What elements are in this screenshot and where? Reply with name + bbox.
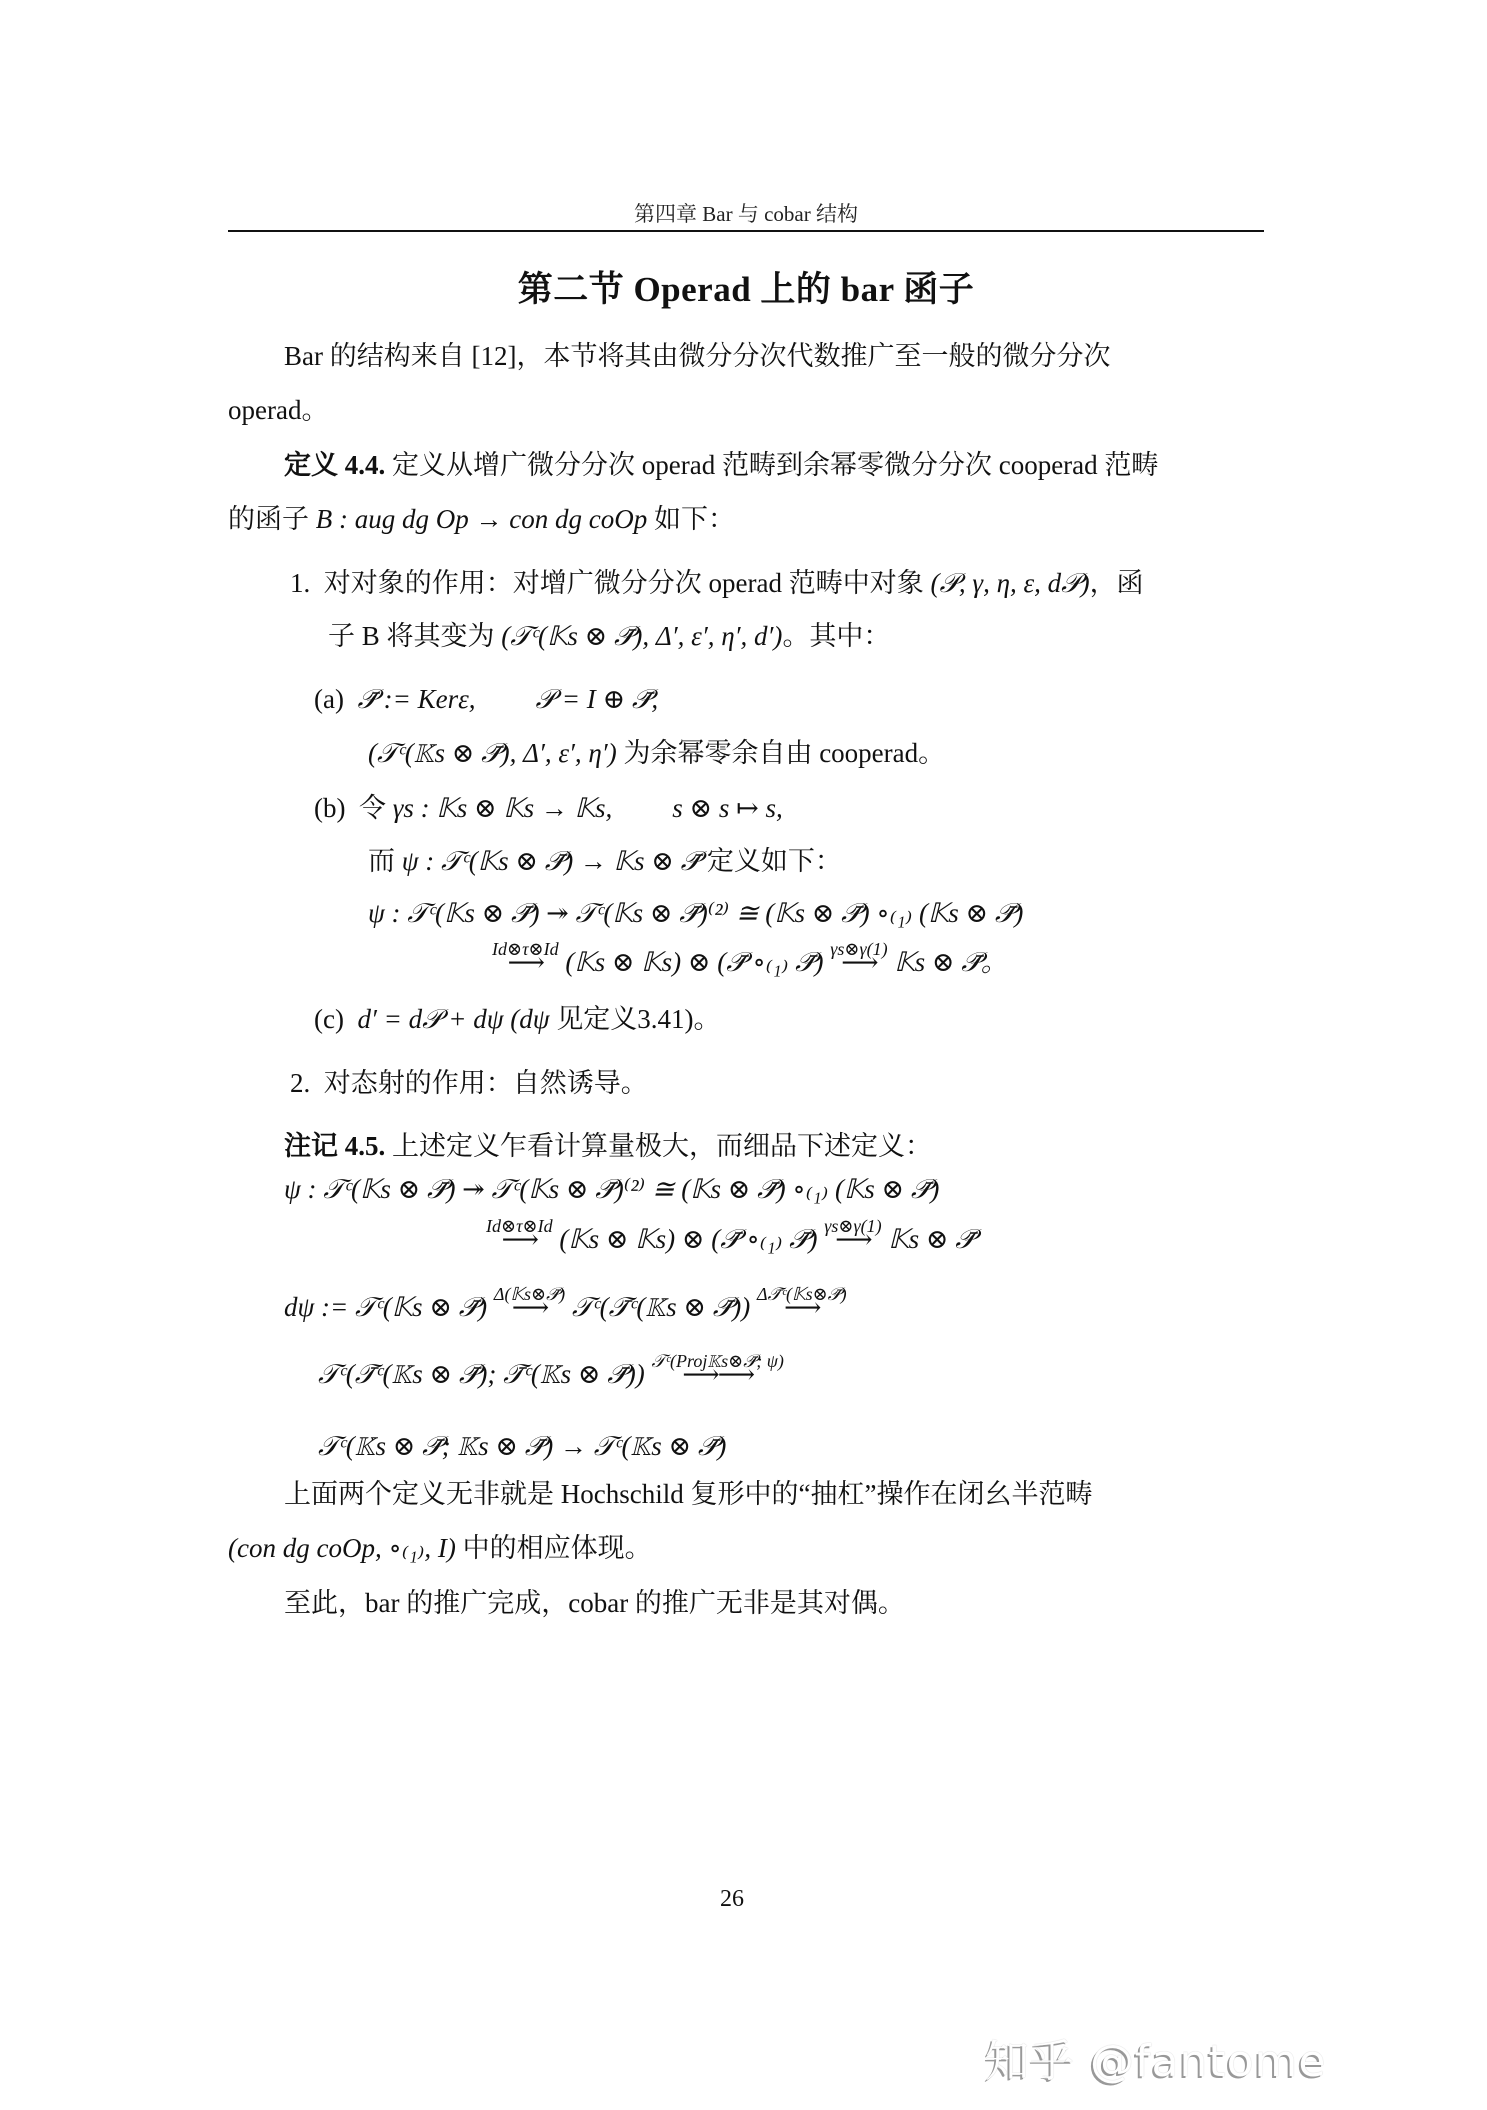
remark-dpsi-line-1: dψ := 𝒯ᶜ(𝕂s ⊗ 𝒫̄) Δ(𝕂s⊗𝒫̄)⟶ 𝒯ᶜ(𝒯̄ᶜ(𝕂s ⊗ …	[284, 1285, 847, 1323]
remark-line-1: 注记 4.5. 上述定义乍看计算量极大，而细品下述定义：	[284, 1130, 932, 1162]
document-page: 第四章 Bar 与 cobar 结构 第二节 Operad 上的 bar 函子 …	[0, 0, 1487, 2110]
definition-line-1: 定义 4.4. 定义从增广微分分次 operad 范畴到余幂零微分分次 coop…	[284, 449, 1158, 481]
remark-text: 上述定义乍看计算量极大，而细品下述定义：	[385, 1131, 932, 1161]
running-head: 第四章 Bar 与 cobar 结构	[228, 198, 1264, 228]
sub-item-text: 为余幂零余自由 cooperad。	[617, 738, 945, 768]
math-tree-pair: 𝒯ᶜ(𝒯̄ᶜ(𝕂s ⊗ 𝒫̄); 𝒯̄ᶜ(𝕂s ⊗ 𝒫̄))	[318, 1359, 645, 1389]
labeled-arrow: Δ𝒯̄ᶜ(𝕂s⊗𝒫̄)⟶	[757, 1285, 847, 1321]
definition-prefix: 的函子	[228, 504, 316, 534]
sub-item-c: (c) d′ = d𝒫 + dψ (dψ 见定义3.41)。	[314, 1003, 721, 1035]
remark-dpsi-line-2: 𝒯ᶜ(𝒯̄ᶜ(𝕂s ⊗ 𝒫̄); 𝒯̄ᶜ(𝕂s ⊗ 𝒫̄)) 𝒯ᶜ(Proj𝕂s…	[318, 1352, 784, 1390]
math-tensor: (𝕂s ⊗ 𝕂s) ⊗ (𝒫̄ ∘₍₁₎ 𝒫̄)	[565, 947, 823, 977]
math-bar-construction: (𝒯ᶜ(𝕂s ⊗ 𝒫̄), Δ′, ε′, η′, d′)	[501, 621, 782, 651]
conclusion-line-2: (con dg coOp, ∘₍₁₎, I) 中的相应体现。	[228, 1532, 652, 1564]
sub-item-b-line-3: ψ : 𝒯ᶜ(𝕂s ⊗ 𝒫̄) ↠ 𝒯ᶜ(𝕂s ⊗ 𝒫̄)⁽²⁾ ≅ (𝕂s ⊗…	[368, 897, 1023, 929]
sub-item-text-end: 定义如下：	[700, 846, 842, 876]
remark-dpsi-line-3: 𝒯ᶜ(𝕂s ⊗ 𝒫̄; 𝕂s ⊗ 𝒫̄) → 𝒯ᶜ(𝕂s ⊗ 𝒫̄)	[318, 1430, 726, 1462]
intro-line-1: Bar 的结构来自 [12]，本节将其由微分分次代数推广至一般的微分分次	[284, 340, 1110, 372]
math-psi-decomposition: ψ : 𝒯ᶜ(𝕂s ⊗ 𝒫̄) ↠ 𝒯ᶜ(𝕂s ⊗ 𝒫̄)⁽²⁾ ≅ (𝕂s ⊗…	[284, 1174, 939, 1204]
math-target: 𝕂s ⊗ 𝒫̄。	[894, 947, 1007, 977]
labeled-arrow: Δ(𝕂s⊗𝒫̄)⟶	[494, 1285, 565, 1321]
sub-item-text: 令	[359, 793, 393, 823]
page-number: 26	[720, 1886, 744, 1913]
conclusion-line-3: 至此，bar 的推广完成，cobar 的推广无非是其对偶。	[284, 1587, 905, 1619]
remark-psi-line: ψ : 𝒯ᶜ(𝕂s ⊗ 𝒫̄) ↠ 𝒯ᶜ(𝕂s ⊗ 𝒫̄)⁽²⁾ ≅ (𝕂s ⊗…	[284, 1173, 939, 1205]
item-number: 1.	[290, 568, 310, 598]
math-psi-decomposition: ψ : 𝒯ᶜ(𝕂s ⊗ 𝒫̄) ↠ 𝒯ᶜ(𝕂s ⊗ 𝒫̄)⁽²⁾ ≅ (𝕂s ⊗…	[368, 898, 1023, 928]
definition-label: 定义 4.4.	[284, 450, 385, 480]
item-text: 子 B 将其变为	[328, 621, 501, 651]
watermark: 知乎 @fantome	[985, 2025, 1326, 2089]
math-mapsto: s ⊗ s ↦ s,	[672, 793, 783, 823]
sub-item-label: (c)	[314, 1004, 344, 1034]
math-target: 𝕂s ⊗ 𝒫̄	[888, 1224, 974, 1254]
item-2: 2. 对态射的作用：自然诱导。	[290, 1067, 648, 1099]
math-differential: d′ = d𝒫 + dψ (dψ	[357, 1004, 549, 1034]
sub-item-a-line-2: (𝒯ᶜ(𝕂s ⊗ 𝒫̄), Δ′, ε′, η′) 为余幂零余自由 cooper…	[368, 737, 945, 769]
labeled-arrow: γs⊗γ(1)⟶	[830, 940, 887, 976]
item-1-line-1: 1. 对对象的作用：对增广微分分次 operad 范畴中对象 (𝒫, γ, η,…	[290, 567, 1144, 599]
intro-line-2: operad。	[228, 394, 328, 426]
section-title: 第二节 Operad 上的 bar 函子	[228, 262, 1264, 312]
definition-line-2: 的函子 B : aug dg Op → con dg coOp 如下：	[228, 503, 735, 535]
conclusion-text: 中的相应体现。	[456, 1533, 652, 1563]
sub-item-b-line-2: 而 ψ : 𝒯ᶜ(𝕂s ⊗ 𝒫̄) → 𝕂s ⊗ 𝒫̄ 定义如下：	[368, 845, 842, 877]
math-monoidal-category: (con dg coOp, ∘₍₁₎, I)	[228, 1533, 456, 1563]
labeled-arrow: γs⊗γ(1)⟶	[824, 1217, 881, 1253]
math-tensor: (𝕂s ⊗ 𝕂s) ⊗ (𝒫̄ ∘₍₁₎ 𝒫̄)	[559, 1224, 817, 1254]
item-1-line-2: 子 B 将其变为 (𝒯ᶜ(𝕂s ⊗ 𝒫̄), Δ′, ε′, η′, d′)。其…	[328, 620, 890, 652]
item-text-end: ，函	[1090, 568, 1144, 598]
remark-psi-line-2: Id⊗τ⊗Id⟶ (𝕂s ⊗ 𝕂s) ⊗ (𝒫̄ ∘₍₁₎ 𝒫̄) γs⊗γ(1…	[486, 1217, 975, 1255]
math-kernel: 𝒫̄ := Kerε,	[357, 684, 475, 714]
item-text-end: 。其中：	[782, 621, 890, 651]
labeled-arrow: Id⊗τ⊗Id⟶	[492, 940, 559, 976]
item-number: 2.	[290, 1068, 310, 1098]
functor-signature: B : aug dg Op → con dg coOp	[316, 504, 647, 534]
labeled-arrow: 𝒯ᶜ(Proj𝕂s⊗𝒫̄; ψ)⟶⟶	[651, 1352, 783, 1388]
math-final-map: 𝒯ᶜ(𝕂s ⊗ 𝒫̄; 𝕂s ⊗ 𝒫̄) → 𝒯ᶜ(𝕂s ⊗ 𝒫̄)	[318, 1431, 726, 1461]
conclusion-line-1: 上面两个定义无非就是 Hochschild 复形中的“抽杠”操作在闭幺半范畴	[284, 1478, 1092, 1510]
header-rule	[228, 230, 1264, 232]
sub-item-text: 而	[368, 846, 402, 876]
math-tree-composite: 𝒯ᶜ(𝒯̄ᶜ(𝕂s ⊗ 𝒫̄))	[572, 1292, 750, 1322]
math-gamma-s: γs : 𝕂s ⊗ 𝕂s → 𝕂s,	[393, 793, 612, 823]
definition-text: 定义从增广微分分次 operad 范畴到余幂零微分分次 cooperad 范畴	[385, 450, 1158, 480]
sub-item-a-line-1: (a) 𝒫̄ := Kerε,𝒫 = I ⊕ 𝒫̄,	[314, 683, 658, 715]
math-dpsi-definition: dψ := 𝒯ᶜ(𝕂s ⊗ 𝒫̄)	[284, 1292, 487, 1322]
math-object: (𝒫, γ, η, ε, d𝒫)	[930, 568, 1089, 598]
remark-label: 注记 4.5.	[284, 1131, 385, 1161]
labeled-arrow: Id⊗τ⊗Id⟶	[486, 1217, 553, 1253]
math-cofree-cooperad: (𝒯ᶜ(𝕂s ⊗ 𝒫̄), Δ′, ε′, η′)	[368, 738, 617, 768]
sub-item-b-line-1: (b) 令 γs : 𝕂s ⊗ 𝕂s → 𝕂s,s ⊗ s ↦ s,	[314, 792, 783, 824]
math-psi-map: ψ : 𝒯ᶜ(𝕂s ⊗ 𝒫̄) → 𝕂s ⊗ 𝒫̄	[402, 846, 700, 876]
math-direct-sum: 𝒫 = I ⊕ 𝒫̄,	[536, 684, 659, 714]
sub-item-b-line-4: Id⊗τ⊗Id⟶ (𝕂s ⊗ 𝕂s) ⊗ (𝒫̄ ∘₍₁₎ 𝒫̄) γs⊗γ(1…	[492, 940, 1008, 978]
definition-suffix: 如下：	[647, 504, 735, 534]
sub-item-label: (b)	[314, 793, 345, 823]
item-text: 对对象的作用：对增广微分分次 operad 范畴中对象	[324, 568, 931, 598]
item-text: 对态射的作用：自然诱导。	[324, 1068, 648, 1098]
sub-item-text: 见定义3.41)。	[550, 1004, 721, 1034]
sub-item-label: (a)	[314, 684, 344, 714]
